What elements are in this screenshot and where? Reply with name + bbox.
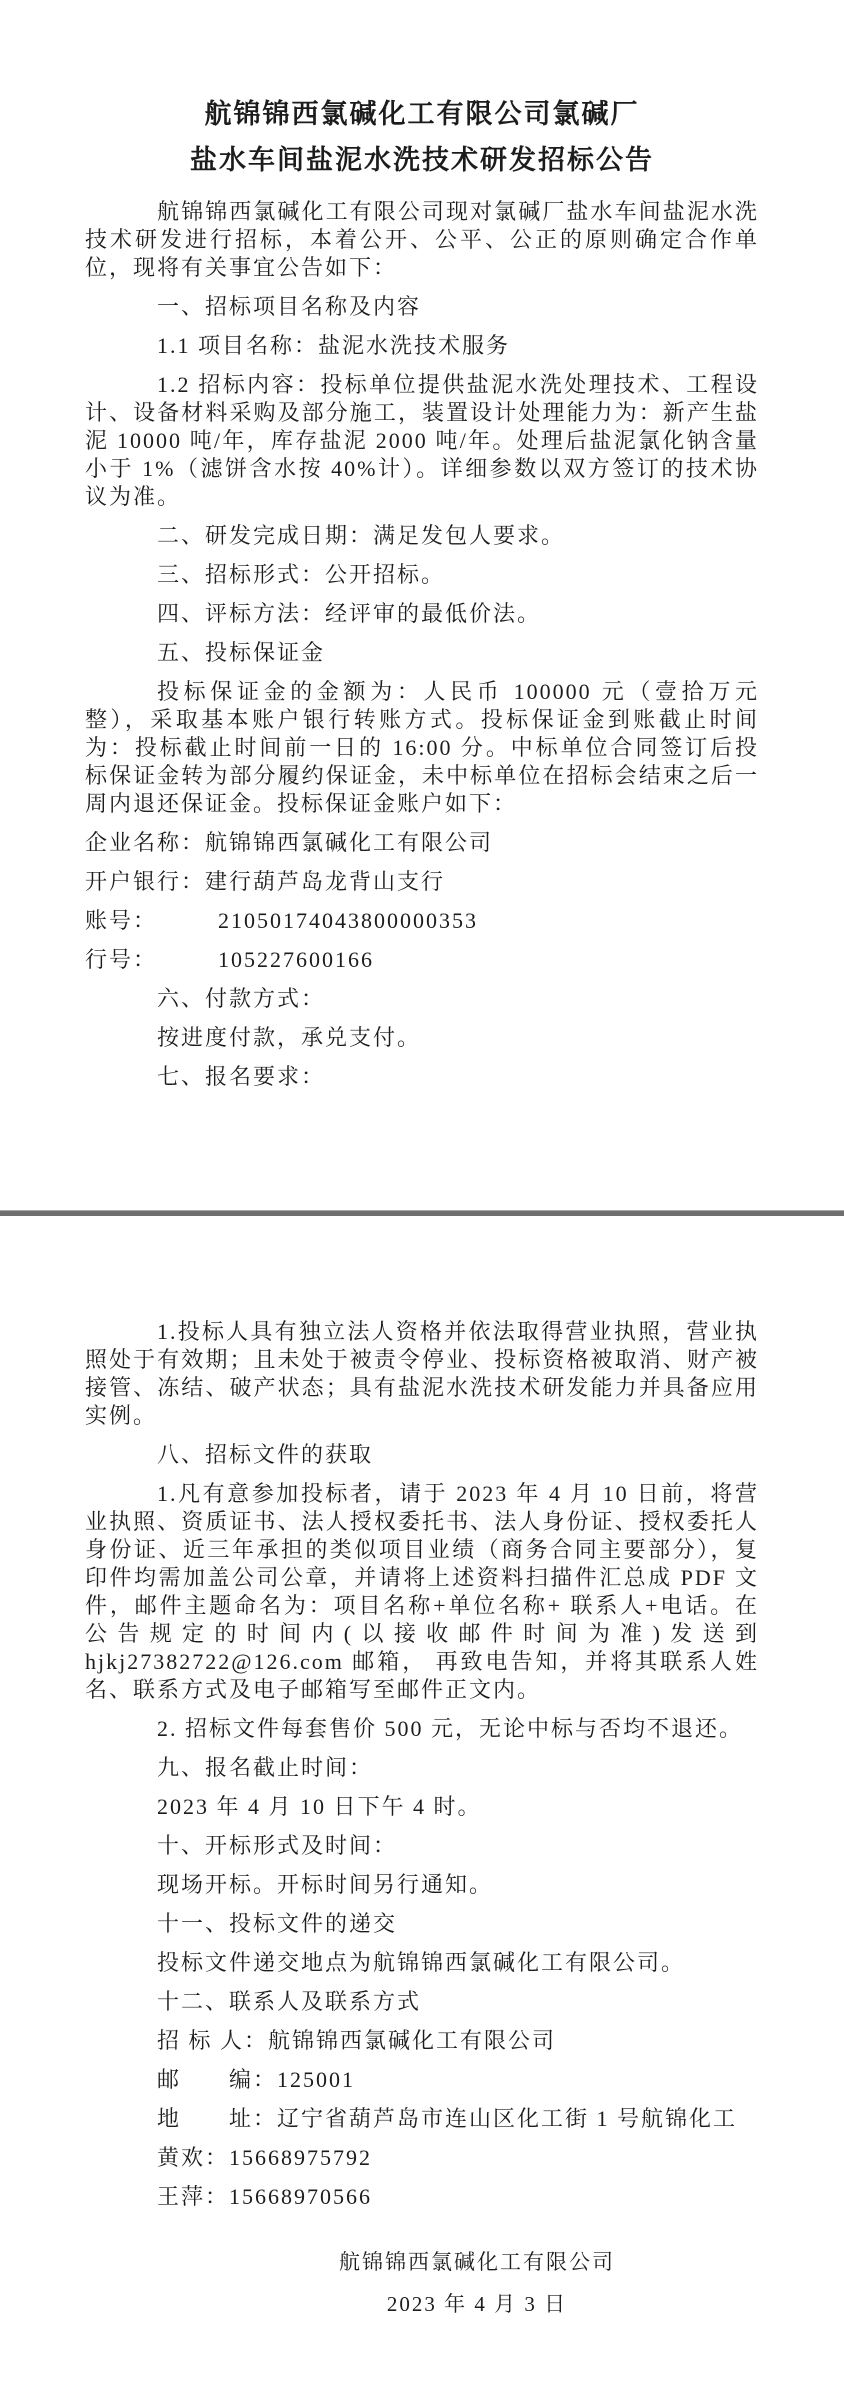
document-title-line1: 航锦锦西氯碱化工有限公司氯碱厂 — [85, 98, 759, 130]
deposit-paragraph: 投标保证金的金额为：人民币 100000 元（壹拾万元整），采取基本账户银行转账… — [85, 678, 759, 818]
tender-announcement-document: 航锦锦西氯碱化工有限公司氯碱厂 盐水车间盐泥水洗技术研发招标公告 航锦锦西氯碱化… — [0, 0, 844, 2390]
section-8-heading: 八、招标文件的获取 — [85, 1441, 759, 1469]
section-12-heading: 十二、联系人及联系方式 — [85, 1988, 759, 2016]
contact-wang-ping: 王萍：15668970566 — [85, 2183, 759, 2211]
signature-company: 航锦锦西氯碱化工有限公司 — [195, 2248, 759, 2276]
section-7-heading: 七、报名要求： — [85, 1063, 759, 1091]
section-3-heading: 三、招标形式：公开招标。 — [85, 561, 759, 589]
address: 地 址：辽宁省葫芦岛市连山区化工街 1 号航锦化工 — [85, 2105, 759, 2133]
registration-deadline: 2023 年 4 月 10 日下午 4 时。 — [85, 1793, 759, 1821]
page2-content: 1.投标人具有独立法人资格并依法取得营业执照，营业执照处于有效期；且未处于被责令… — [85, 1318, 759, 2211]
section-11-heading: 十一、投标文件的递交 — [85, 1910, 759, 1938]
item-1-1: 1.1 项目名称：盐泥水洗技术服务 — [85, 332, 759, 360]
document-obtain-paragraph: 1.凡有意参加投标者，请于 2023 年 4 月 10 日前，将营业执照、资质证… — [85, 1480, 759, 1704]
account-bank: 开户银行：建行葫芦岛龙背山支行 — [85, 868, 759, 896]
section-2-heading: 二、研发完成日期：满足发包人要求。 — [85, 522, 759, 550]
signature-block: 航锦锦西氯碱化工有限公司 2023 年 4 月 3 日 — [85, 2248, 759, 2318]
bidder-requirement-paragraph: 1.投标人具有独立法人资格并依法取得营业执照，营业执照处于有效期；且未处于被责令… — [85, 1318, 759, 1430]
section-1-heading: 一、招标项目名称及内容 — [85, 293, 759, 321]
tenderee-name: 招 标 人：航锦锦西氯碱化工有限公司 — [85, 2027, 759, 2055]
payment-terms: 按进度付款，承兑支付。 — [85, 1024, 759, 1052]
bid-opening-info: 现场开标。开标时间另行通知。 — [85, 1871, 759, 1899]
section-9-heading: 九、报名截止时间： — [85, 1754, 759, 1782]
account-number: 账号： 21050174043800000353 — [85, 907, 759, 935]
section-10-heading: 十、开标形式及时间： — [85, 1832, 759, 1860]
section-5-heading: 五、投标保证金 — [85, 639, 759, 667]
contact-huang-huan: 黄欢：15668975792 — [85, 2144, 759, 2172]
page1-content: 航锦锦西氯碱化工有限公司现对氯碱厂盐水车间盐泥水洗技术研发进行招标，本着公开、公… — [85, 198, 759, 1091]
item-1-2: 1.2 招标内容：投标单位提供盐泥水洗处理技术、工程设计、设备材料采购及部分施工… — [85, 371, 759, 511]
document-price: 2. 招标文件每套售价 500 元，无论中标与否均不退还。 — [85, 1715, 759, 1743]
bank-code: 行号： 105227600166 — [85, 946, 759, 974]
section-4-heading: 四、评标方法：经评审的最低价法。 — [85, 600, 759, 628]
intro-paragraph: 航锦锦西氯碱化工有限公司现对氯碱厂盐水车间盐泥水洗技术研发进行招标，本着公开、公… — [85, 198, 759, 282]
page2: 1.投标人具有独立法人资格并依法取得营业执照，营业执照处于有效期；且未处于被责令… — [0, 1318, 844, 2318]
page-break-divider — [0, 1210, 844, 1216]
signature-date: 2023 年 4 月 3 日 — [195, 2290, 759, 2318]
page1: 航锦锦西氯碱化工有限公司氯碱厂 盐水车间盐泥水洗技术研发招标公告 航锦锦西氯碱化… — [0, 98, 844, 1216]
account-company-name: 企业名称：航锦锦西氯碱化工有限公司 — [85, 829, 759, 857]
postal-code: 邮 编：125001 — [85, 2066, 759, 2094]
document-title-line2: 盐水车间盐泥水洗技术研发招标公告 — [85, 144, 759, 176]
section-6-heading: 六、付款方式： — [85, 985, 759, 1013]
submission-location: 投标文件递交地点为航锦锦西氯碱化工有限公司。 — [85, 1949, 759, 1977]
